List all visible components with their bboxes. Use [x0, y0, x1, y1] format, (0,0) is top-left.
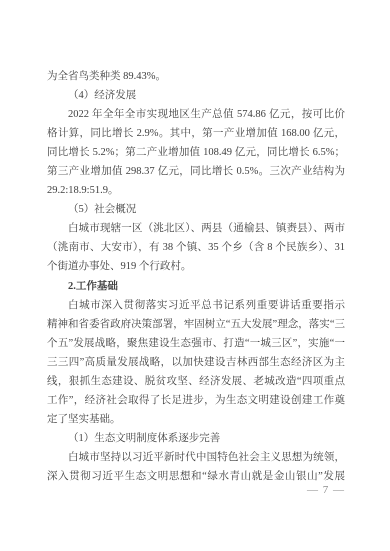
- text-line: 深入贯彻习近平生态文明思想和“绿水青山就是金山银山”发展: [47, 467, 345, 486]
- text-line: 同比增长 5.2%；第二产业增加值 108.49 亿元，同比增长 6.5%；: [47, 143, 345, 162]
- text-line: 定了坚实基础。: [47, 410, 345, 429]
- heading-social-overview: （5）社会概况: [47, 200, 345, 219]
- text-line: 格计算，同比增长 2.9%。其中，第一产业增加值 168.00 亿元，: [47, 124, 345, 143]
- text-line: 白城市深入贯彻落实习近平总书记系列重要讲话重要指示: [47, 296, 345, 315]
- text-line: 个街道办事处、919 个行政村。: [47, 257, 345, 276]
- text-line: 为全省鸟类种类 89.43%。: [47, 67, 345, 86]
- text-line: 第三产业增加值 298.37 亿元，同比增长 0.5%。三次产业结构为: [47, 162, 345, 181]
- text-line: 三三四”高质量发展战略，以加快建设吉林西部生态经济区为主: [47, 353, 345, 372]
- page-number: — 7 —: [307, 483, 345, 497]
- text-line: 工作”，经济社会取得了长足进步，为生态文明建设创建工作奠: [47, 391, 345, 410]
- heading-eco-civilization-institutions: （1）生态文明制度体系逐步完善: [47, 429, 345, 448]
- text-line: （洮南市、大安市），有 38 个镇、35 个乡（含 8 个民族乡）、31: [47, 238, 345, 257]
- heading-work-foundation: 2.工作基础: [47, 277, 345, 296]
- page-body-text: 为全省鸟类种类 89.43%。 （4）经济发展 2022 年全年全市实现地区生产…: [47, 67, 345, 486]
- text-line: 29.2:18.9:51.9。: [47, 181, 345, 200]
- text-line: 个五”发展战略，聚焦建设生态强市、打造“一城三区”，实施“一: [47, 334, 345, 353]
- text-line: 白城市坚持以习近平新时代中国特色社会主义思想为统领，: [47, 448, 345, 467]
- text-line: 2022 年全年全市实现地区生产总值 574.86 亿元，按可比价: [47, 105, 345, 124]
- document-page: 为全省鸟类种类 89.43%。 （4）经济发展 2022 年全年全市实现地区生产…: [0, 0, 390, 551]
- text-line: 线，狠抓生态建设、脱贫攻坚、经济发展、老城改造“四项重点: [47, 372, 345, 391]
- text-line: 白城市现辖一区（洮北区）、两县（通榆县、镇赉县）、两市: [47, 219, 345, 238]
- heading-economic-development: （4）经济发展: [47, 86, 345, 105]
- text-line: 精神和省委省政府决策部署，牢固树立“五大发展”理念，落实“三: [47, 315, 345, 334]
